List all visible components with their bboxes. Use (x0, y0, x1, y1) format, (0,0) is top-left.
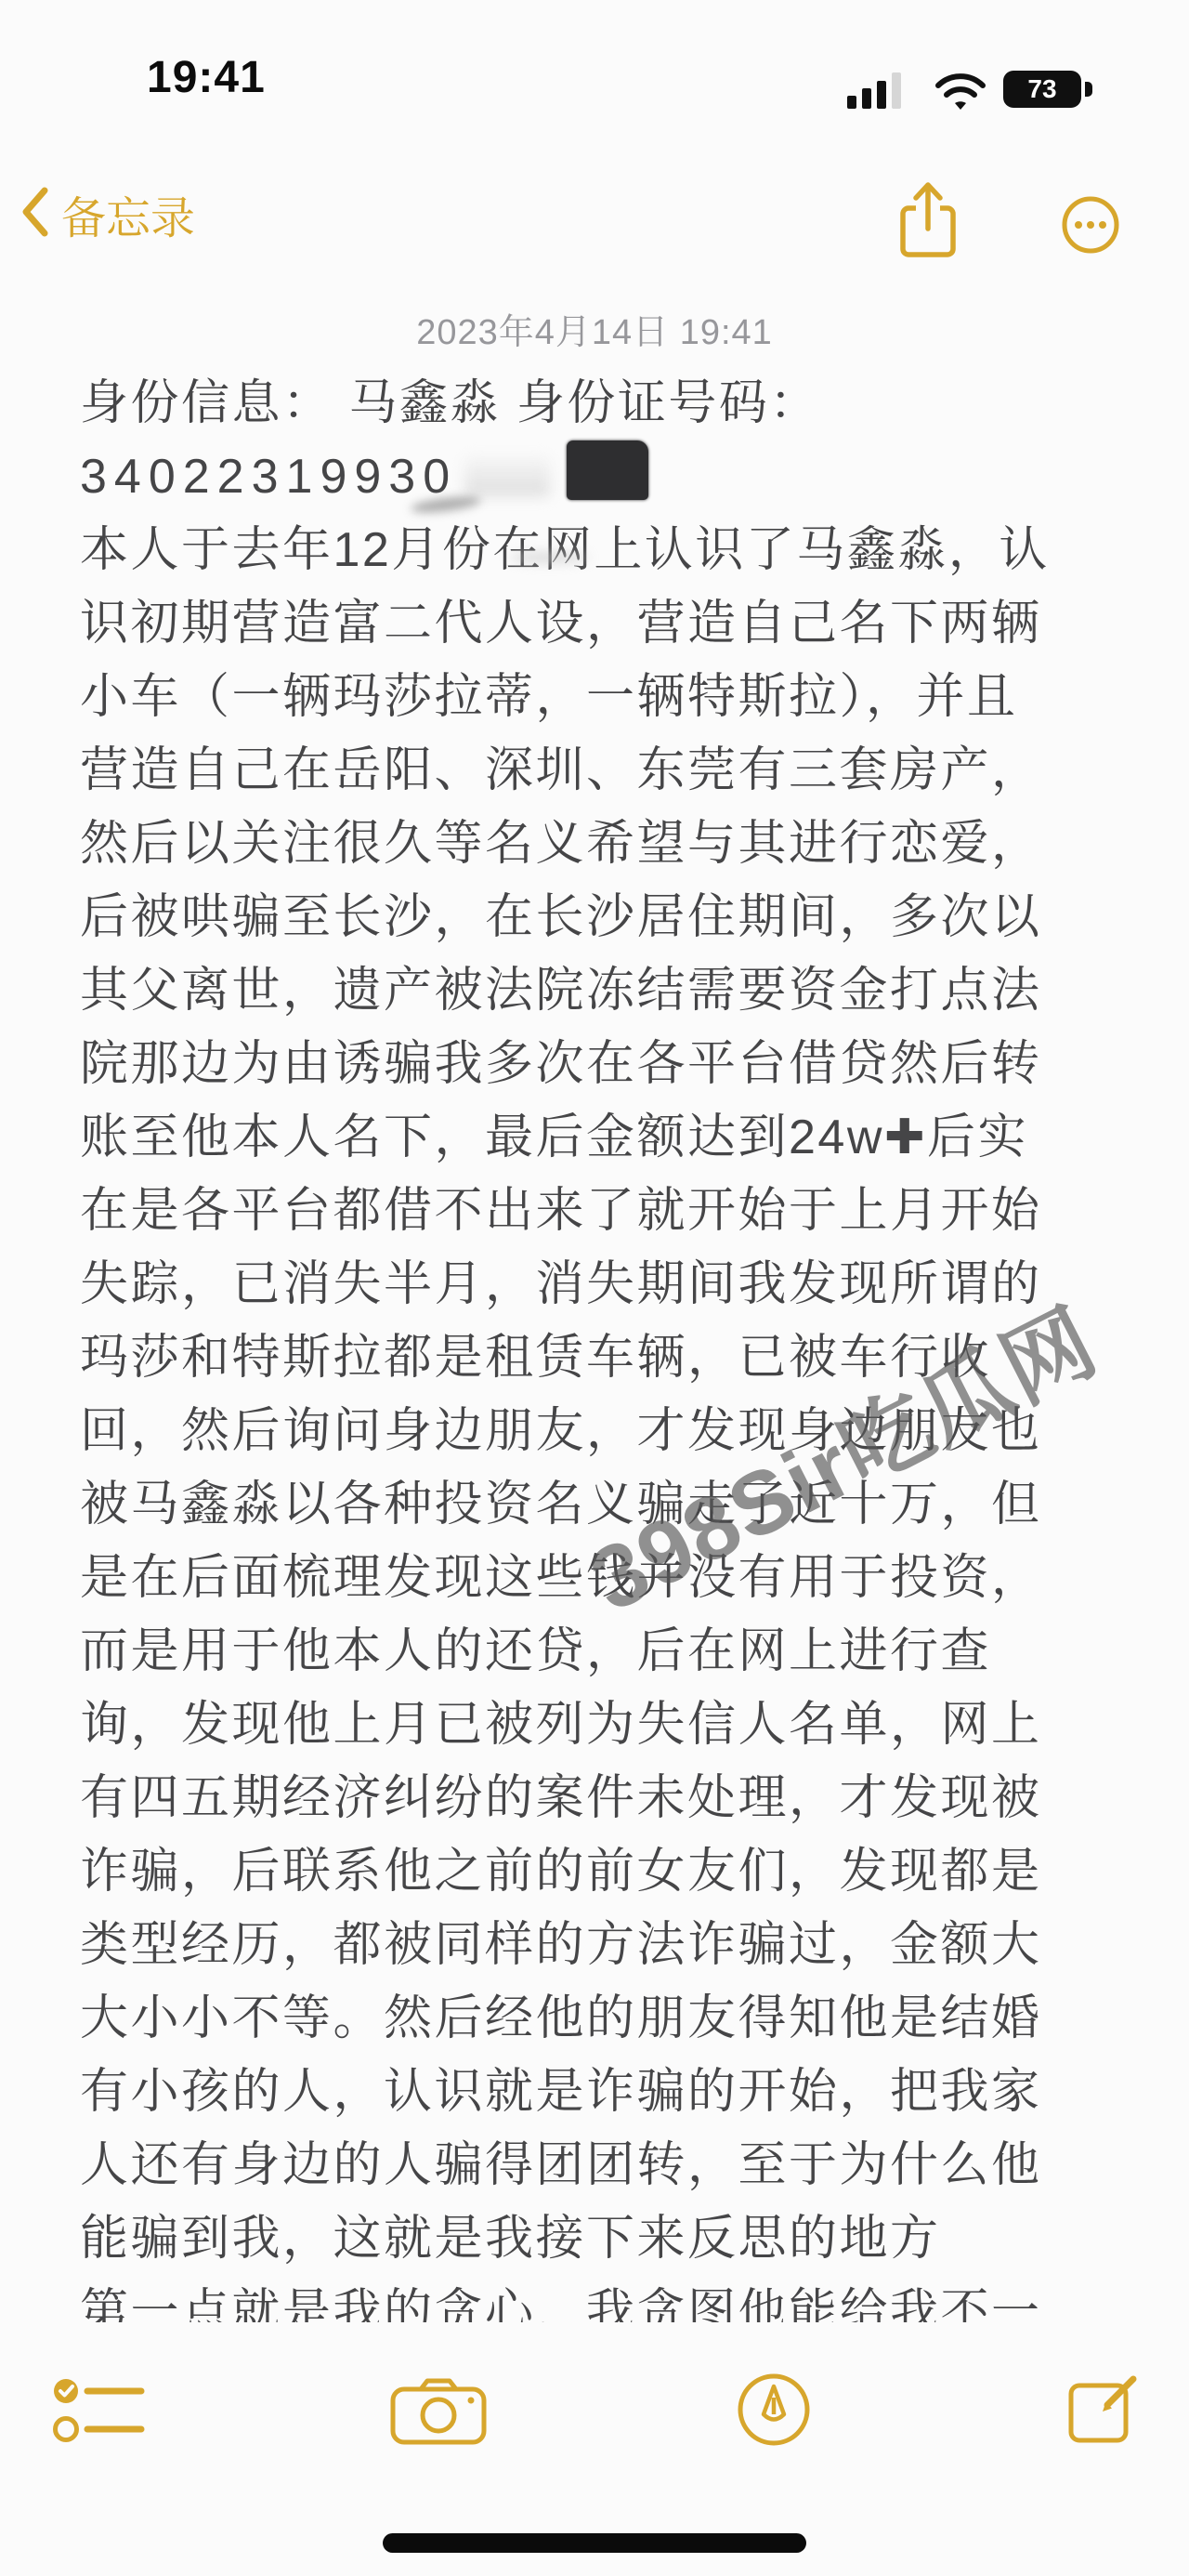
compose-button[interactable] (1066, 2372, 1141, 2451)
note-line: 院那边为由诱骗我多次在各平台借贷然后转 (80, 1028, 1113, 1101)
note-line: 类型经历，都被同样的方法诈骗过，金额大 (80, 1909, 1113, 1982)
note-line: 询，发现他上月已被列为失信人名单，网上 (80, 1689, 1113, 1762)
battery-indicator: 73 (1003, 71, 1081, 108)
note-line: 大小小不等。然后经他的朋友得知他是结婚 (80, 1982, 1113, 2056)
note-line: 在是各平台都借不出来了就开始于上月开始 (80, 1175, 1113, 1248)
note-line: 其父离世，遗产被法院冻结需要资金打点法 (80, 954, 1113, 1028)
note-line: 人还有身边的人骗得团团转，至于为什么他 (80, 2129, 1113, 2202)
note-line: 失踪，已消失半月，消失期间我发现所谓的 (80, 1248, 1113, 1321)
redaction-smudge (509, 552, 589, 563)
note-line: 有四五期经济纠纷的案件未处理，才发现被 (80, 1762, 1113, 1835)
ellipsis-circle-icon (1061, 243, 1120, 258)
wifi-icon (934, 72, 986, 116)
camera-button[interactable] (390, 2375, 487, 2451)
cellular-signal-icon (847, 71, 905, 114)
note-line: 能骗到我，这就是我接下来反思的地方 (80, 2202, 1113, 2276)
share-button[interactable] (897, 180, 959, 265)
back-button[interactable]: 备忘录 (20, 182, 195, 246)
more-options-button[interactable] (1061, 195, 1120, 259)
markup-pen-icon (736, 2436, 812, 2451)
checklist-button[interactable] (52, 2375, 149, 2452)
note-line: 小车（一辆玛莎拉蒂，一辆特斯拉），并且 (80, 661, 1113, 734)
home-indicator[interactable] (383, 2533, 806, 2553)
battery-nub (1085, 82, 1092, 97)
checklist-icon (52, 2436, 149, 2451)
note-line: 账至他本人名下，最后金额达到24w✚后实 (80, 1101, 1113, 1175)
note-line: 后被哄骗至长沙，在长沙居住期间，多次以 (80, 881, 1113, 954)
note-line: 识初期营造富二代人设，营造自己名下两辆 (80, 587, 1113, 661)
note-line: 第一点就是我的贪心，我贪图他能给我不一 (80, 2276, 1113, 2322)
battery-percent: 73 (1027, 74, 1056, 104)
id-number-visible: 34022319930 (80, 450, 457, 504)
note-line: 身份信息： 马鑫淼 身份证号码： (80, 367, 1113, 440)
back-label: 备忘录 (61, 182, 195, 246)
note-line: 诈骗，后联系他之前的前女友们，发现都是 (80, 1835, 1113, 1909)
redaction-box (567, 440, 648, 500)
compose-icon (1066, 2434, 1141, 2450)
note-line: 本人于去年12月份在网上认识了马鑫淼，认 (80, 514, 1113, 587)
note-line: 然后以关注很久等名义希望与其进行恋爱， (80, 808, 1113, 881)
camera-icon (390, 2434, 487, 2450)
markup-button[interactable] (736, 2372, 812, 2452)
note-date: 2023年4月14日 19:41 (0, 303, 1189, 354)
notes-app-screen: 19:41 73 备忘录 (0, 0, 1189, 2576)
note-line: 而是用于他本人的还贷，后在网上进行查 (80, 1615, 1113, 1689)
share-icon (897, 248, 959, 264)
note-line: 营造自己在岳阳、深圳、东莞有三套房产， (80, 734, 1113, 808)
chevron-left-icon (20, 186, 48, 243)
note-line: 有小孩的人，认识就是诈骗的开始，把我家 (80, 2056, 1113, 2129)
status-time: 19:41 (147, 52, 266, 103)
redaction-blur (464, 457, 550, 496)
note-line-id: 34022319930 (80, 440, 1113, 514)
